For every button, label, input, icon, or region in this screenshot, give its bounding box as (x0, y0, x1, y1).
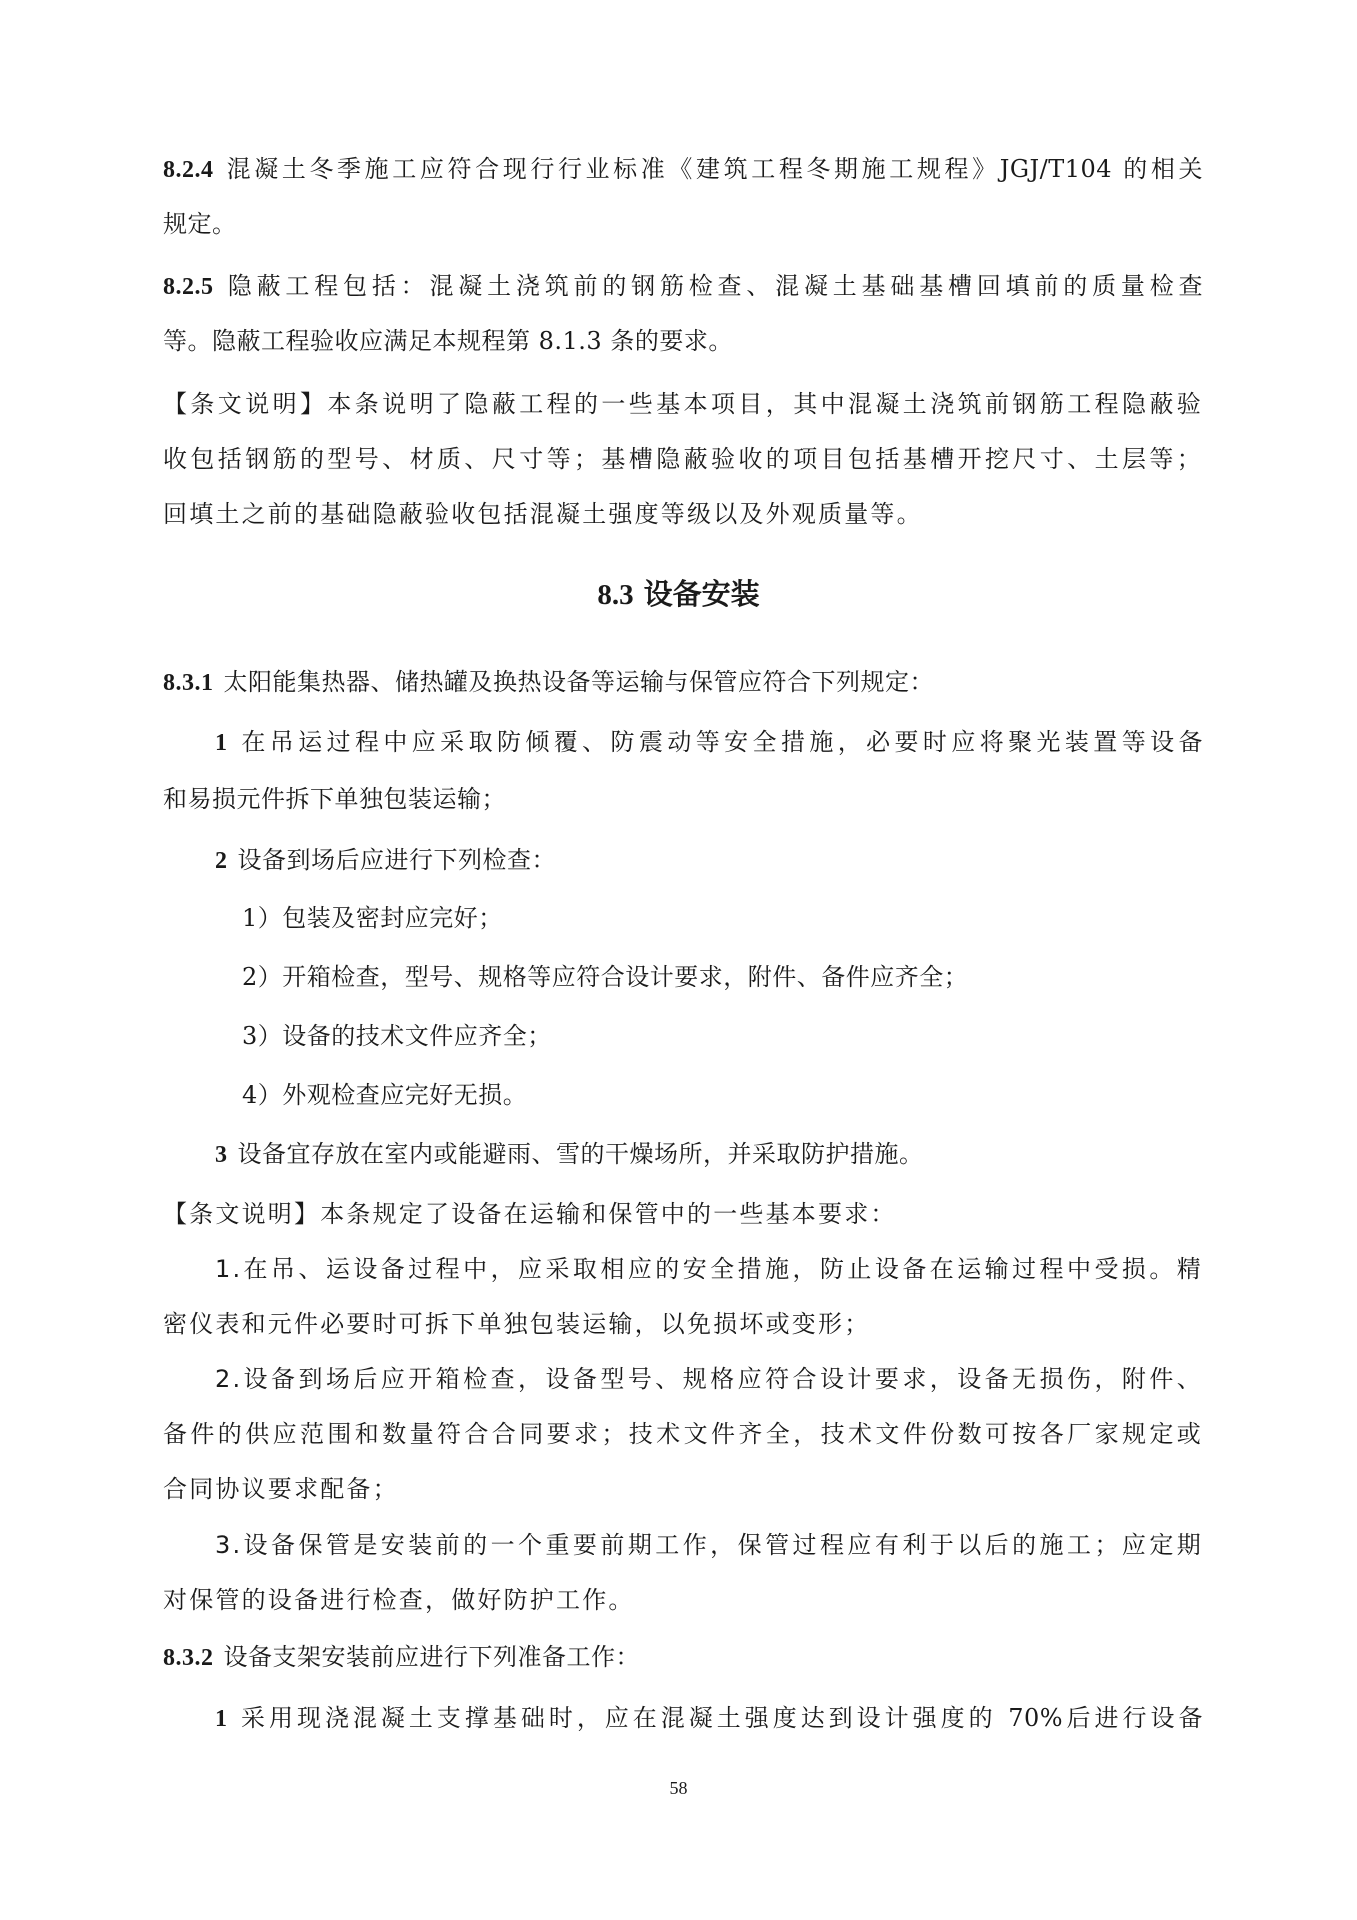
page-number: 58 (0, 1778, 1357, 1799)
clause-number: 8.2.5 (163, 274, 214, 300)
clause-8-3-1-intro: 8.3.1太阳能集热器、储热罐及换热设备等运输与保管应符合下列规定： (163, 667, 1203, 698)
clause-8-2-4-line-1: 8.2.4混凝土冬季施工应符合现行行业标准《建筑工程冬期施工规程》JGJ/T10… (163, 154, 1203, 185)
clause-8-2-5-line-2: 等。隐蔽工程验收应满足本规程第 8.1.3 条的要求。 (163, 326, 1203, 356)
clause-number: 8.3.1 (163, 670, 214, 696)
explanation-8-3-1-line-2: 1.在吊、运设备过程中，应采取相应的安全措施，防止设备在运输过程中受损。精 (215, 1254, 1203, 1284)
sub-item-3: 3）设备的技术文件应齐全； (242, 1021, 1282, 1051)
explanation-8-3-1-line-8: 对保管的设备进行检查，做好防护工作。 (163, 1585, 1203, 1615)
explanation-8-3-1-line-4: 2.设备到场后应开箱检查，设备型号、规格应符合设计要求，设备无损伤，附件、 (215, 1364, 1203, 1394)
clause-8-3-2-intro: 8.3.2设备支架安装前应进行下列准备工作： (163, 1642, 1203, 1673)
clause-8-3-2-item-1: 1采用现浇混凝土支撑基础时，应在混凝土强度达到设计强度的 70%后进行设备 (215, 1703, 1203, 1734)
document-page: 8.2.4混凝土冬季施工应符合现行行业标准《建筑工程冬期施工规程》JGJ/T10… (0, 0, 1357, 1920)
explanation-8-3-1-line-6: 合同协议要求配备； (163, 1474, 1203, 1504)
section-title: 设备安装 (644, 577, 760, 611)
explanation-8-2-5-line-1: 【条文说明】本条说明了隐蔽工程的一些基本项目，其中混凝土浇筑前钢筋工程隐蔽验 (163, 389, 1203, 419)
clause-8-3-1-item-1-line-2: 和易损元件拆下单独包装运输； (163, 784, 1203, 814)
explanation-8-3-1-line-7: 3.设备保管是安装前的一个重要前期工作，保管过程应有利于以后的施工；应定期 (215, 1530, 1203, 1560)
sub-item-1: 1）包装及密封应完好； (242, 903, 1282, 933)
clause-8-3-1-item-2: 2设备到场后应进行下列检查： (215, 845, 1203, 876)
section-heading-8-3: 8.3设备安装 (0, 576, 1357, 613)
sub-item-2: 2）开箱检查，型号、规格等应符合设计要求，附件、备件应齐全； (242, 962, 1282, 992)
clause-8-2-4-line-2: 规定。 (163, 209, 1203, 239)
sub-item-4: 4）外观检查应完好无损。 (242, 1080, 1282, 1110)
explanation-8-2-5-line-2: 收包括钢筋的型号、材质、尺寸等；基槽隐蔽验收的项目包括基槽开挖尺寸、土层等； (163, 444, 1203, 474)
clause-8-3-1-item-1-line-1: 1在吊运过程中应采取防倾覆、防震动等安全措施，必要时应将聚光装置等设备 (215, 727, 1203, 758)
explanation-8-3-1-line-5: 备件的供应范围和数量符合合同要求；技术文件齐全，技术文件份数可按各厂家规定或 (163, 1419, 1203, 1449)
section-number: 8.3 (597, 579, 633, 611)
explanation-8-3-1-line-1: 【条文说明】本条规定了设备在运输和保管中的一些基本要求： (163, 1199, 1203, 1229)
clause-8-2-5-line-1: 8.2.5隐蔽工程包括：混凝土浇筑前的钢筋检查、混凝土基础基槽回填前的质量检查 (163, 271, 1203, 302)
clause-number: 8.3.2 (163, 1645, 214, 1671)
clause-number: 8.2.4 (163, 157, 214, 183)
explanation-8-3-1-line-3: 密仪表和元件必要时可拆下单独包装运输，以免损坏或变形； (163, 1309, 1203, 1339)
explanation-8-2-5-line-3: 回填土之前的基础隐蔽验收包括混凝土强度等级以及外观质量等。 (163, 499, 1203, 529)
clause-8-3-1-item-3: 3设备宜存放在室内或能避雨、雪的干燥场所，并采取防护措施。 (215, 1139, 1203, 1170)
